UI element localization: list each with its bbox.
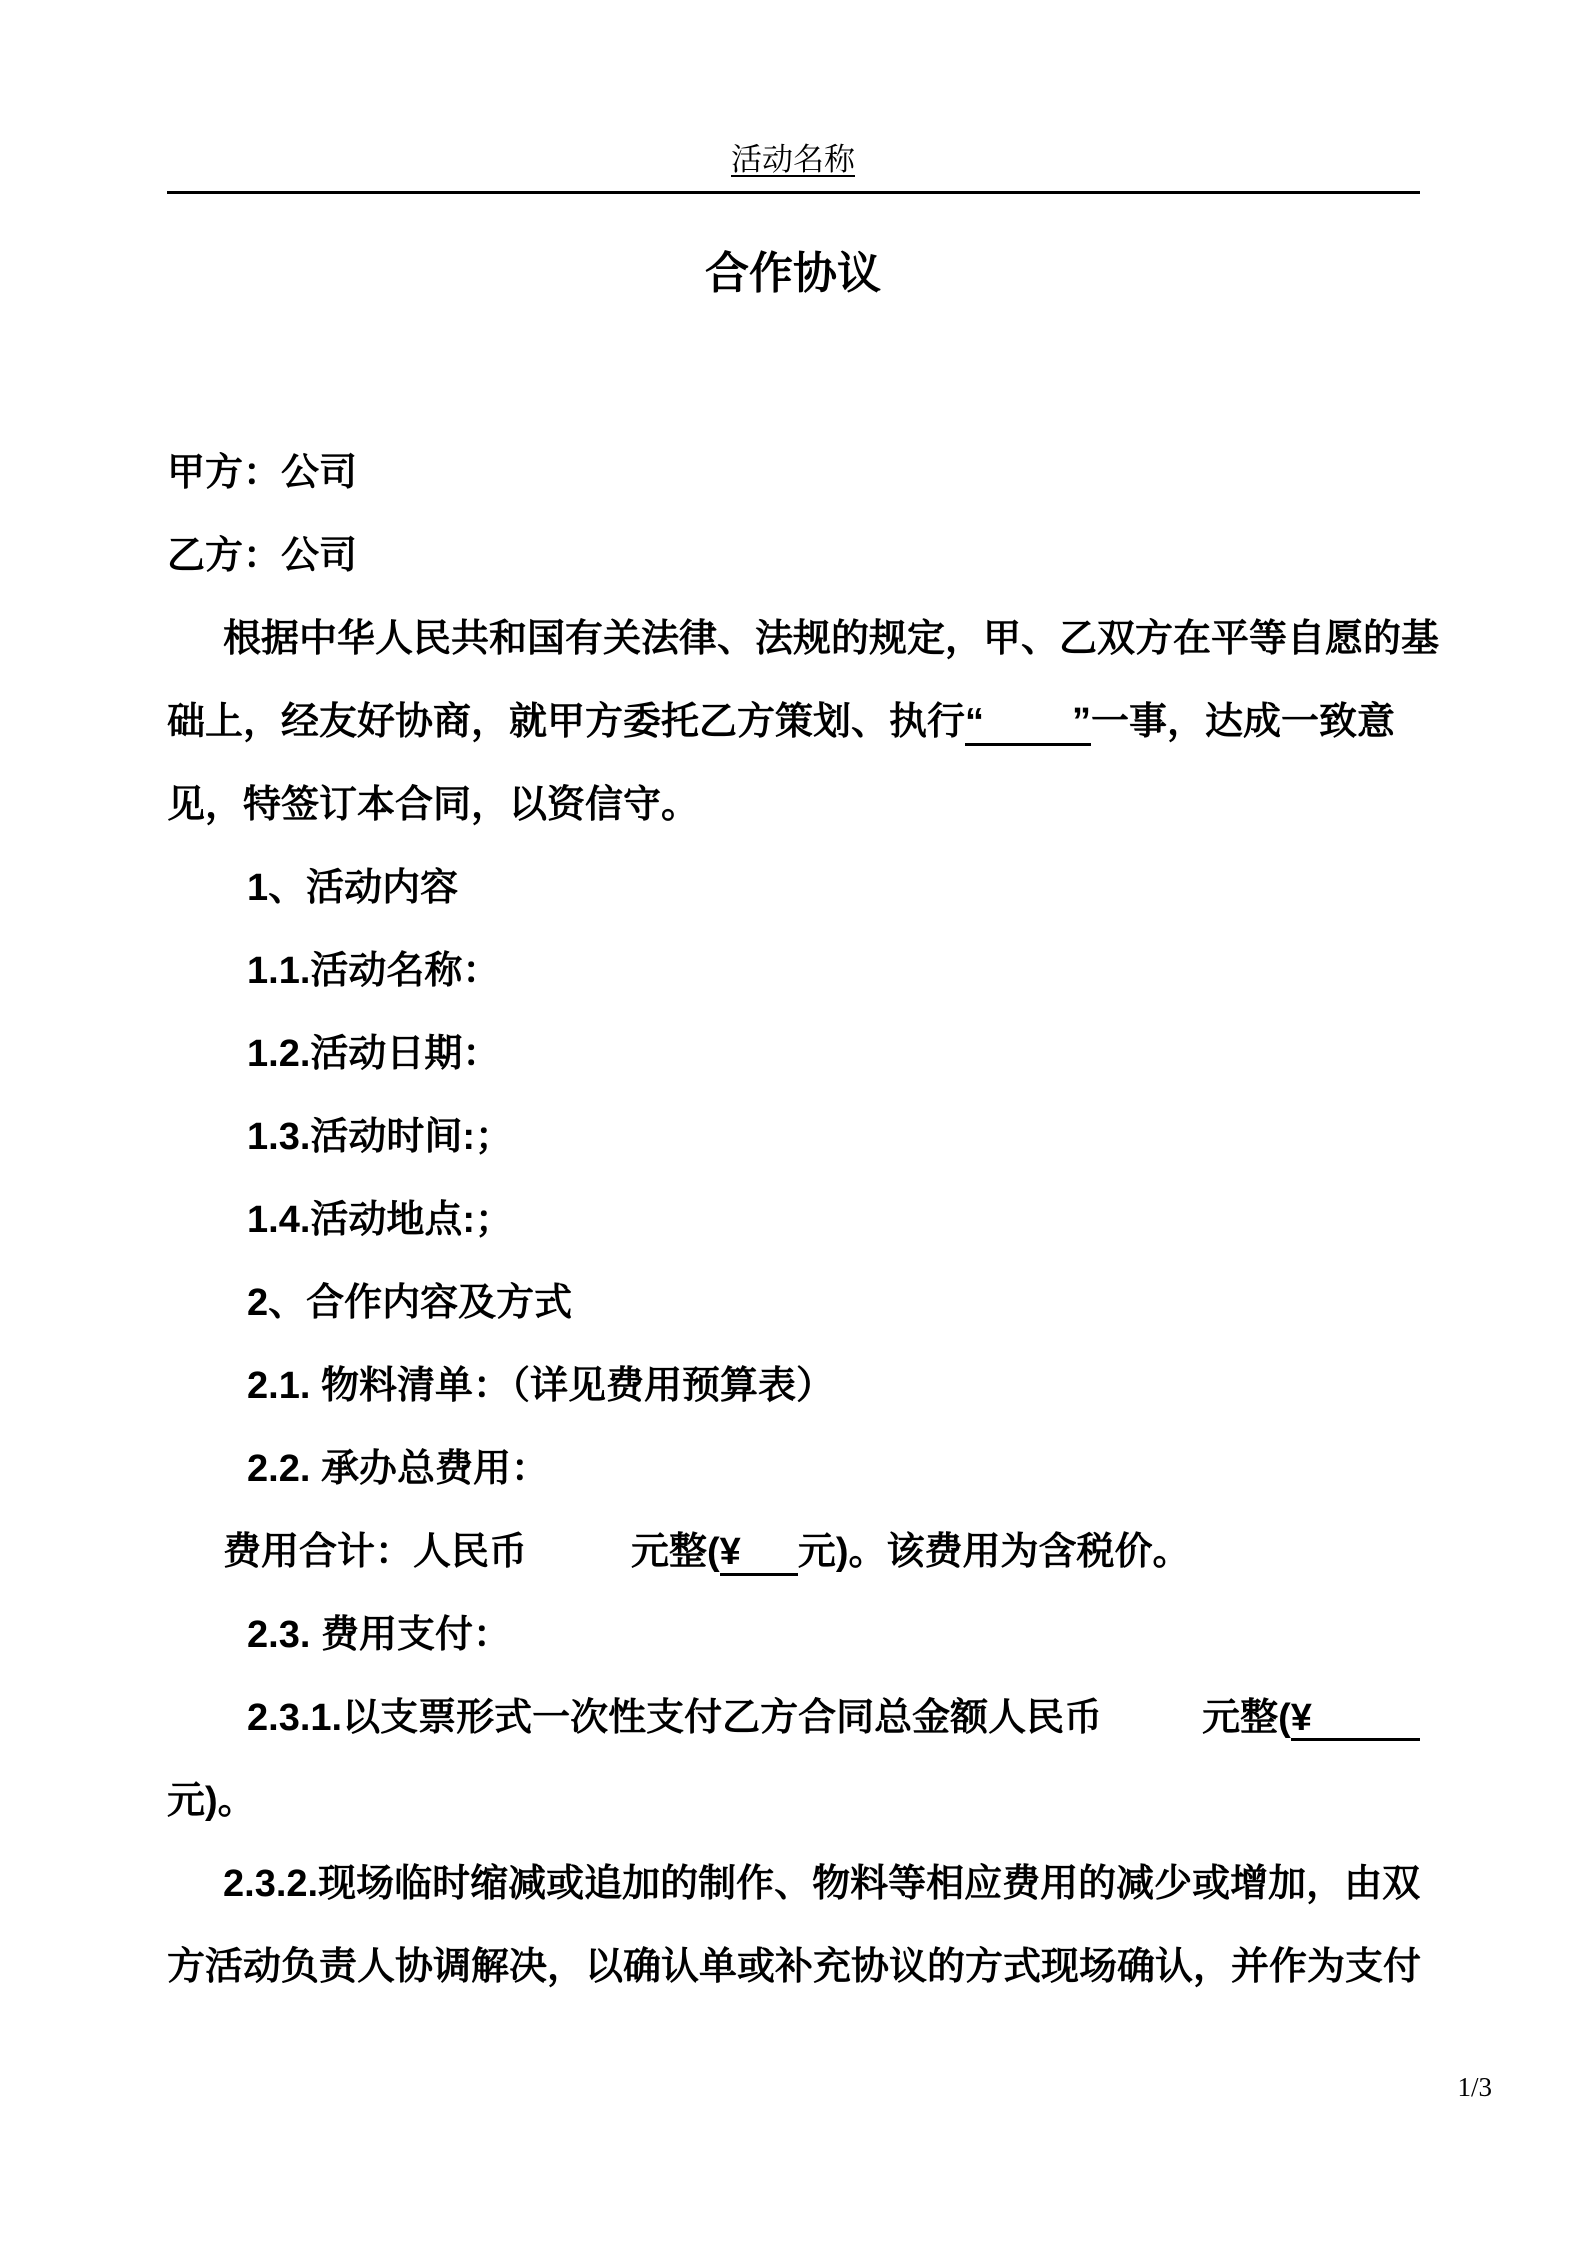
clause-1-3: 1.3.活动时间:； [167, 1096, 1420, 1179]
clause-2-3-2-line-1: 2.3.2.现场临时缩减或追加的制作、物料等相应费用的减少或增加，由双 [167, 1843, 1420, 1926]
clause-1-1: 1.1.活动名称： [167, 930, 1420, 1013]
clause-2-3-1-line-1: 2.3.1.以支票形式一次性支付乙方合同总金额人民币元整(¥ [167, 1677, 1420, 1760]
blank-fee-amount: ¥ [720, 1531, 798, 1576]
clause-2: 2、合作内容及方式 [167, 1262, 1420, 1345]
clause-2-1: 2.1. 物料清单：（详见费用预算表） [167, 1345, 1420, 1428]
blank-space [984, 732, 1072, 734]
clause-1-2: 1.2.活动日期： [167, 1013, 1420, 1096]
clause-2-3-1-mid: 元整( [1202, 1677, 1291, 1760]
document-body: 甲方：公司 乙方：公司 根据中华人民共和国有关法律、法规的规定，甲、乙双方在平等… [167, 432, 1420, 2009]
fee-total-mid: 元整( [631, 1531, 720, 1573]
clause-1: 1、活动内容 [167, 847, 1420, 930]
intro-line-2-text: 础上，经友好协商，就甲方委托乙方策划、执行 [167, 701, 965, 743]
running-header: 活动名称 [0, 0, 1586, 180]
intro-line-2-tail: 一事，达成一致意 [1091, 701, 1395, 743]
blank-pay-amount: ¥ [1291, 1677, 1420, 1741]
yen-sign: ¥ [720, 1531, 741, 1573]
party-a-line: 甲方：公司 [167, 432, 1420, 515]
document-page: 活动名称 合作协议 甲方：公司 乙方：公司 根据中华人民共和国有关法律、法规的规… [0, 0, 1586, 2244]
clause-2-3-2-line-2: 方活动负责人协调解决，以确认单或补充协议的方式现场确认，并作为支付 [167, 1926, 1420, 2009]
party-b-line: 乙方：公司 [167, 515, 1420, 598]
header-divider [167, 191, 1420, 194]
intro-line-2: 础上，经友好协商，就甲方委托乙方策划、执行“”一事，达成一致意 [167, 681, 1420, 764]
yen-sign: ¥ [1291, 1697, 1312, 1739]
page-number: 1/3 [0, 2071, 1492, 2103]
fee-total-line: 费用合计：人民币元整(¥元)。该费用为含税价。 [167, 1511, 1420, 1594]
running-header-title: 活动名称 [731, 142, 855, 177]
fee-total-label: 费用合计：人民币 [223, 1531, 527, 1573]
clause-2-3-1-line-2: 元)。 [167, 1760, 1420, 1843]
pay-amount-gap [1102, 1677, 1202, 1679]
intro-line-1: 根据中华人民共和国有关法律、法规的规定，甲、乙双方在平等自愿的基 [167, 598, 1420, 681]
clause-2-2: 2.2. 承办总费用： [167, 1428, 1420, 1511]
blank-space [741, 1562, 798, 1564]
document-title: 合作协议 [0, 244, 1586, 304]
fee-total-tail: 元)。该费用为含税价。 [798, 1531, 1191, 1573]
close-quote: ” [1072, 701, 1091, 743]
clause-2-3: 2.3. 费用支付： [167, 1594, 1420, 1677]
clause-2-3-1-text: 2.3.1.以支票形式一次性支付乙方合同总金额人民币 [247, 1677, 1102, 1760]
open-quote: “ [965, 701, 984, 743]
clause-1-4: 1.4.活动地点:； [167, 1179, 1420, 1262]
intro-line-3: 见，特签订本合同，以资信守。 [167, 764, 1420, 847]
fee-amount-gap [527, 1562, 631, 1564]
blank-project-name: “” [965, 701, 1091, 746]
